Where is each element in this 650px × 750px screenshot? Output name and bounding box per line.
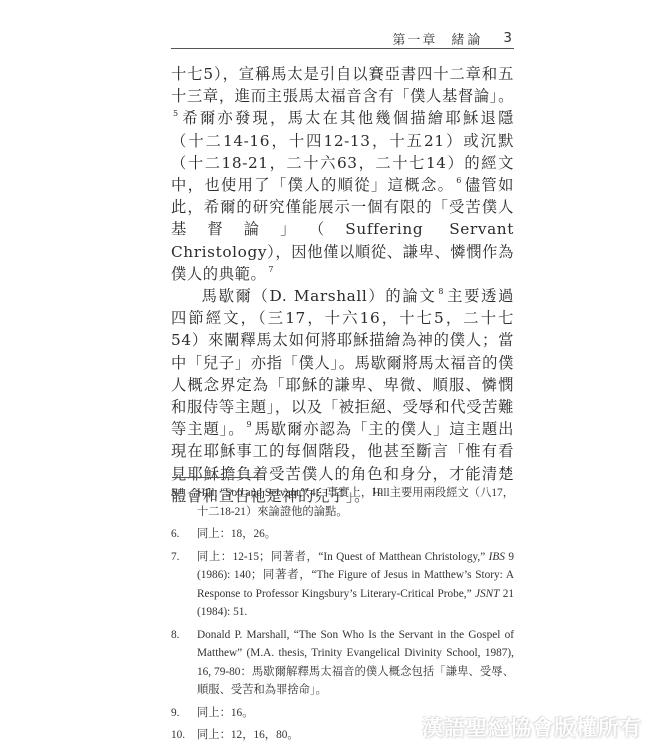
journal-abbreviation: IBS xyxy=(489,551,505,563)
footnote-6: 6. 同上：18，26。 xyxy=(171,525,514,544)
footnote-ref: 9 xyxy=(247,420,253,429)
footnote-ref: 8 xyxy=(438,287,444,296)
book-page: 第一章 緒論 3 十七5），宣稱馬太是引自以賽亞書四十二章和五十三章，進而主張馬… xyxy=(171,0,514,750)
footnote-number: 9. xyxy=(171,704,197,723)
footnote-number: 10. xyxy=(171,726,197,745)
footnote-number: 8. xyxy=(171,626,197,700)
footnote-text: 同上：12-15；同著者，“In Quest of Matthean Chris… xyxy=(197,548,514,622)
paragraph-1: 十七5），宣稱馬太是引自以賽亞書四十二章和五十三章，進而主張馬太福音含有「僕人基… xyxy=(171,63,514,285)
journal-abbreviation: JSNT xyxy=(475,588,499,600)
page-number: 3 xyxy=(503,30,512,46)
footnote-text: Donald P. Marshall, “The Son Who Is the … xyxy=(197,626,514,700)
running-header: 第一章 緒論 3 xyxy=(171,28,514,49)
paragraph-2: 馬歇爾（D. Marshall）的論文8主要透過四節經文，（三17，十六16，十… xyxy=(171,285,514,507)
footnote-ref: 7 xyxy=(268,265,274,274)
footnote-7: 7. 同上：12-15；同著者，“In Quest of Matthean Ch… xyxy=(171,548,514,622)
chapter-title: 緒論 xyxy=(451,29,483,48)
chapter-label: 第一章 xyxy=(392,29,437,48)
body-text: 十七5），宣稱馬太是引自以賽亞書四十二章和五十三章，進而主張馬太福音含有「僕人基… xyxy=(171,63,514,507)
footnote-ref: 5 xyxy=(173,109,179,118)
footnote-number: 5. xyxy=(171,484,197,521)
footnote-text: Hill, “Son and Servant,” 4：事實上，Hill主要用兩段… xyxy=(197,484,514,521)
footnotes: 5. Hill, “Son and Servant,” 4：事實上，Hill主要… xyxy=(171,484,514,749)
footnote-ref: 6 xyxy=(456,176,462,185)
footnote-text: 同上：18，26。 xyxy=(197,525,514,544)
footnote-5: 5. Hill, “Son and Servant,” 4：事實上，Hill主要… xyxy=(171,484,514,521)
copyright-watermark: 漢語聖經協會版權所有 xyxy=(422,712,642,742)
footnote-number: 6. xyxy=(171,525,197,544)
footnote-8: 8. Donald P. Marshall, “The Son Who Is t… xyxy=(171,626,514,700)
footnote-number: 7. xyxy=(171,548,197,622)
footnote-divider xyxy=(172,477,264,478)
